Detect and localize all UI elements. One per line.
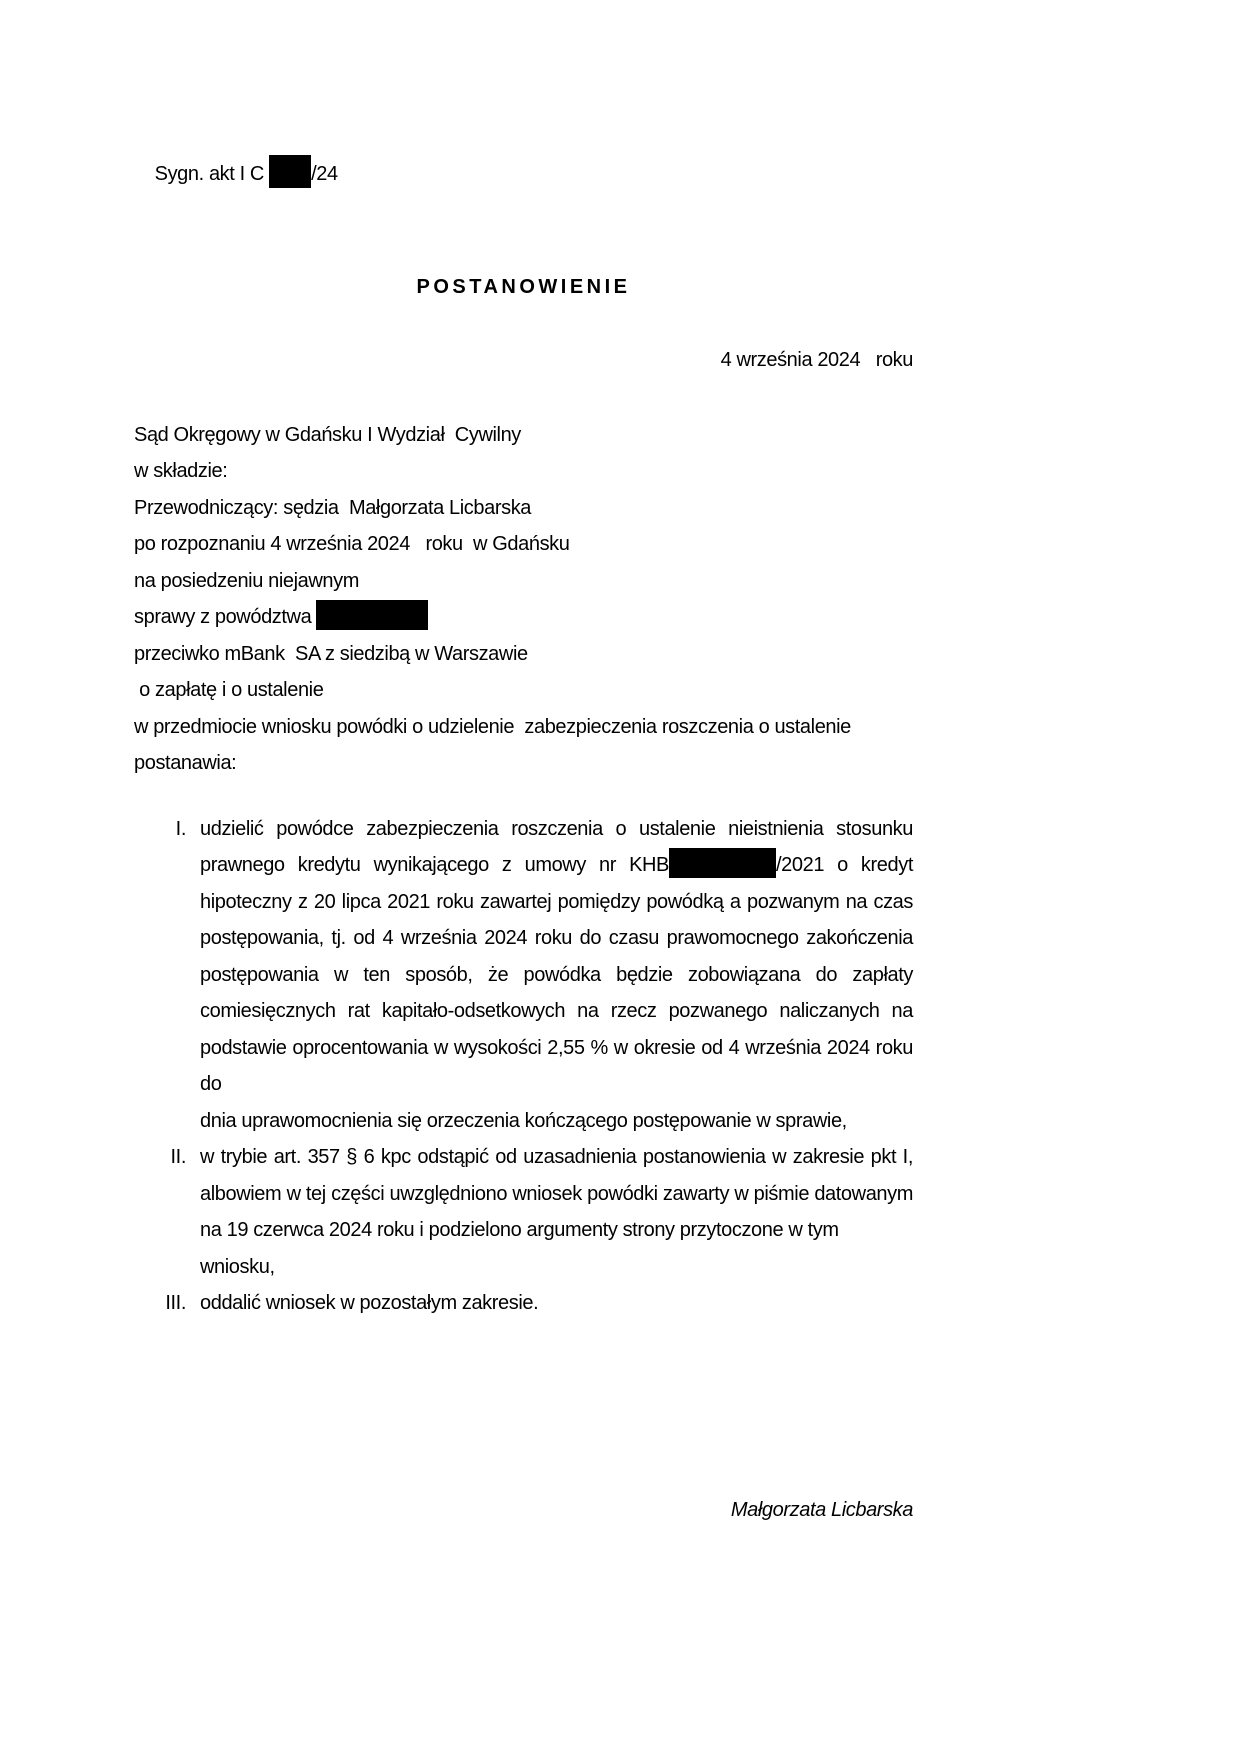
ruling-item-1: I. udzielić powódce zabezpieczenia roszc… xyxy=(134,811,913,1140)
document-title: POSTANOWIENIE xyxy=(134,269,913,306)
redaction-contract-number xyxy=(669,848,776,878)
ruling-1-line-2: prawnego kredytu wynikającego z umowy nr… xyxy=(200,847,913,884)
ruling-2-line-3: na 19 czerwca 2024 roku i podzielono arg… xyxy=(200,1212,913,1285)
ruling-1-line-7: podstawie oprocentowania w wysokości 2,5… xyxy=(200,1030,913,1103)
presiding-judge-line: Przewodniczący: sędzia Małgorzata Licbar… xyxy=(134,490,913,527)
case-number-suffix: /24 xyxy=(311,163,338,185)
redaction-case-number xyxy=(269,155,311,188)
ruling-item-3: III. oddalić wniosek w pozostałym zakres… xyxy=(134,1285,913,1322)
contract-number-suffix: /2021 o kredyt xyxy=(776,854,913,876)
session-line: na posiedzeniu niejawnym xyxy=(134,563,913,600)
ruling-1-line-8: dnia uprawomocnienia się orzeczenia końc… xyxy=(200,1103,913,1140)
rulings-list: I. udzielić powódce zabezpieczenia roszc… xyxy=(134,811,913,1322)
judge-signature: Małgorzata Licbarska xyxy=(134,1492,913,1529)
ruling-1-text: udzielić powódce zabezpieczenia roszczen… xyxy=(200,811,913,1140)
defendant-line: przeciwko mBank SA z siedzibą w Warszawi… xyxy=(134,636,913,673)
ruling-2-line-2: albowiem w tej części uwzględniono wnios… xyxy=(200,1176,913,1213)
ruling-1-numeral: I. xyxy=(134,811,186,1140)
ruling-1-line-4: postępowania, tj. od 4 września 2024 rok… xyxy=(200,920,913,957)
header-block: Sąd Okręgowy w Gdańsku I Wydział Cywilny… xyxy=(134,417,913,782)
plaintiff-prefix: sprawy z powództwa xyxy=(134,606,316,628)
ruling-3-numeral: III. xyxy=(134,1285,186,1322)
ruling-1-line-1: udzielić powódce zabezpieczenia roszczen… xyxy=(200,811,913,848)
decides-line: postanawia: xyxy=(134,745,913,782)
ruling-item-2: II. w trybie art. 357 § 6 kpc odstąpić o… xyxy=(134,1139,913,1285)
contract-number-prefix: prawnego kredytu wynikającego z umowy nr… xyxy=(200,854,669,876)
ruling-2-text: w trybie art. 357 § 6 kpc odstąpić od uz… xyxy=(200,1139,913,1285)
subject-line: o zapłatę i o ustalenie xyxy=(134,672,913,709)
date-line: 4 września 2024 roku xyxy=(134,342,913,379)
composition-line: w składzie: xyxy=(134,453,913,490)
case-number-line: Sygn. akt I C /24 xyxy=(134,118,913,229)
ruling-3-text: oddalić wniosek w pozostałym zakresie. xyxy=(200,1285,913,1322)
ruling-2-numeral: II. xyxy=(134,1139,186,1285)
document-page: Sygn. akt I C /24 POSTANOWIENIE 4 wrześn… xyxy=(0,0,1241,1754)
case-number-prefix: Sygn. akt I C xyxy=(155,163,269,185)
court-line: Sąd Okręgowy w Gdańsku I Wydział Cywilny xyxy=(134,417,913,454)
plaintiff-line: sprawy z powództwa xyxy=(134,599,913,636)
ruling-2-line-1: w trybie art. 357 § 6 kpc odstąpić od uz… xyxy=(200,1139,913,1176)
ruling-1-line-5: postępowania w ten sposób, że powódka bę… xyxy=(200,957,913,994)
hearing-line: po rozpoznaniu 4 września 2024 roku w Gd… xyxy=(134,526,913,563)
ruling-3-line-1: oddalić wniosek w pozostałym zakresie. xyxy=(200,1285,913,1322)
redaction-plaintiff-name xyxy=(316,600,428,630)
ruling-1-line-6: comiesięcznych rat kapitało-odsetkowych … xyxy=(200,993,913,1030)
ruling-1-line-3: hipoteczny z 20 lipca 2021 roku zawartej… xyxy=(200,884,913,921)
motion-line: w przedmiocie wniosku powódki o udzielen… xyxy=(134,709,913,746)
